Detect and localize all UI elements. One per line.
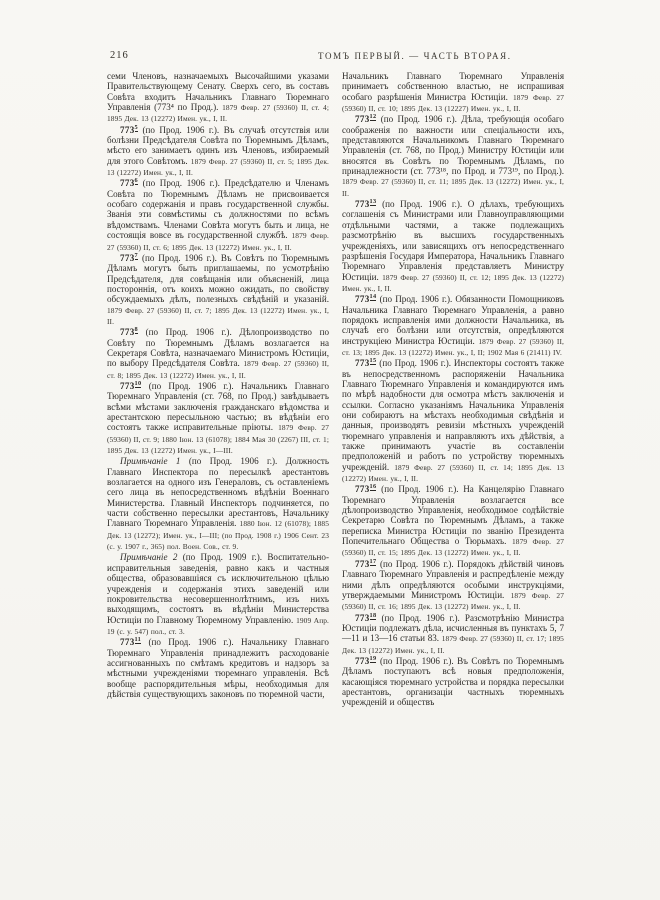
article-paragraph: 77311 (по Прод. 1906 г.). Начальнику Гла… — [107, 637, 329, 699]
article-number: 7738 — [120, 327, 138, 337]
note-paragraph: Примѣчаніе 1 (по Прод. 1906 г.). Должнос… — [107, 456, 329, 552]
left-column: семи Членовъ, назначаемыхъ Высочайшими у… — [107, 71, 329, 708]
running-head: 216 ТОМЪ ПЕРВЫЙ. — ЧАСТЬ ВТОРАЯ. — [0, 50, 660, 66]
note-label: Примѣчаніе 1 — [120, 456, 180, 466]
note-label: Примѣчаніе 2 — [120, 552, 177, 562]
article-paragraph: 77316 (по Прод. 1906 г.). На Канцелярію … — [342, 484, 564, 558]
prod-note: (по Прод. 1906 г.). — [149, 381, 234, 391]
article-number: 77315 — [355, 358, 376, 368]
paragraph-continuation: Начальникъ Главнаго Тюремнаго Управленія… — [342, 71, 564, 114]
article-paragraph: 7738 (по Прод. 1906 г.). Дѣлопроизводств… — [107, 327, 329, 381]
article-body: Въ Совѣтъ по Тюремнымъ Дѣламъ могутъ быт… — [107, 253, 329, 304]
right-column: Начальникъ Главнаго Тюремнаго Управленія… — [342, 71, 564, 708]
article-number: 7735 — [120, 125, 138, 135]
article-paragraph: 77319 (по Прод. 1906 г.). Въ Совѣтъ по Т… — [342, 656, 564, 708]
article-number: 77310 — [120, 381, 141, 391]
article-number: 77316 — [355, 484, 376, 494]
article-number: 77314 — [355, 294, 376, 304]
citation: 1879 Февр. 27 (59360) II, ст. 11; 1895 Д… — [342, 177, 564, 197]
article-paragraph: 77314 (по Прод. 1906 г.). Обязанности По… — [342, 294, 564, 358]
prod-note: (по Прод. 1906 г.). — [189, 456, 277, 466]
article-number: 77318 — [355, 613, 376, 623]
prod-note: (по Прод. 1906 г.). — [148, 637, 233, 647]
text-columns: семи Членовъ, назначаемыхъ Высочайшими у… — [107, 71, 564, 708]
article-paragraph: 77315 (по Прод. 1906 г.). Инспекторы сос… — [342, 358, 564, 484]
prod-note: (по Прод. 1906 г.). — [382, 613, 460, 623]
article-paragraph: 7736 (по Прод. 1906 г.). Предсѣдателю и … — [107, 178, 329, 252]
article-number: 77317 — [355, 559, 376, 569]
article-paragraph: 7735 (по Прод. 1906 г.). Въ случаѣ отсут… — [107, 125, 329, 179]
article-number: 77311 — [120, 637, 141, 647]
prod-note: (по Прод. 1906 г.). — [142, 253, 217, 263]
article-body: Инспекторы состоятъ также въ непосредств… — [342, 358, 564, 471]
article-paragraph: 77313 (по Прод. 1906 г.). О дѣлахъ, треб… — [342, 199, 564, 294]
note-paragraph: Примѣчаніе 2 (по Прод. 1909 г.). Воспита… — [107, 552, 329, 637]
note-body: Должность Главнаго Инспектора по пересыл… — [107, 456, 329, 528]
prod-note: (по Прод. 1906 г.). — [380, 656, 454, 666]
prod-note: (по Прод. 1906 г.). — [143, 125, 220, 135]
article-number: 77319 — [355, 656, 376, 666]
prod-note: (по Прод. 1909 г.). — [183, 552, 262, 562]
article-number: 7736 — [120, 178, 138, 188]
prod-note: (по Прод. 1906 г.). — [146, 327, 232, 337]
note-body: Воспитательно-исправительныя заведенія, … — [107, 552, 329, 624]
article-number: 77312 — [355, 114, 376, 124]
article-paragraph: 77317 (по Прод. 1906 г.). Порядокъ дѣйст… — [342, 559, 564, 613]
prod-note: (по Прод. 1906 г.). — [143, 178, 220, 188]
article-paragraph: 77312 (по Прод. 1906 г.). Дѣла, требующі… — [342, 114, 564, 199]
article-paragraph: 77318 (по Прод. 1906 г.). Разсмотрѣнію М… — [342, 613, 564, 656]
paragraph-continuation: семи Членовъ, назначаемыхъ Высочайшими у… — [107, 71, 329, 125]
citation: 1879 Февр. 27 (59360) II, ст. 7; 1895 Де… — [107, 306, 329, 326]
article-paragraph: 7737 (по Прод. 1906 г.). Въ Совѣтъ по Тю… — [107, 253, 329, 327]
prod-note: (по Прод. 1906 г.). — [381, 484, 458, 494]
article-number: 7737 — [120, 253, 138, 263]
prod-note: (по Прод. 1906 г.). — [380, 559, 454, 569]
page-number: 216 — [110, 50, 129, 61]
article-paragraph: 77310 (по Прод. 1906 г.). Начальникъ Гла… — [107, 381, 329, 456]
running-title: ТОМЪ ПЕРВЫЙ. — ЧАСТЬ ВТОРАЯ. — [318, 51, 512, 61]
prod-note: (по Прод. 1906 г.). — [382, 199, 462, 209]
prod-note: (по Прод. 1906 г.). — [380, 294, 453, 304]
article-number: 77313 — [355, 199, 376, 209]
article-body: О дѣлахъ, требующихъ соглашенія съ Минис… — [342, 199, 564, 281]
prod-note: (по Прод. 1906 г.). — [379, 358, 451, 368]
prod-note: (по Прод. 1906 г.). — [381, 114, 457, 124]
scanned-book-page: 216 ТОМЪ ПЕРВЫЙ. — ЧАСТЬ ВТОРАЯ. семи Чл… — [0, 0, 660, 900]
